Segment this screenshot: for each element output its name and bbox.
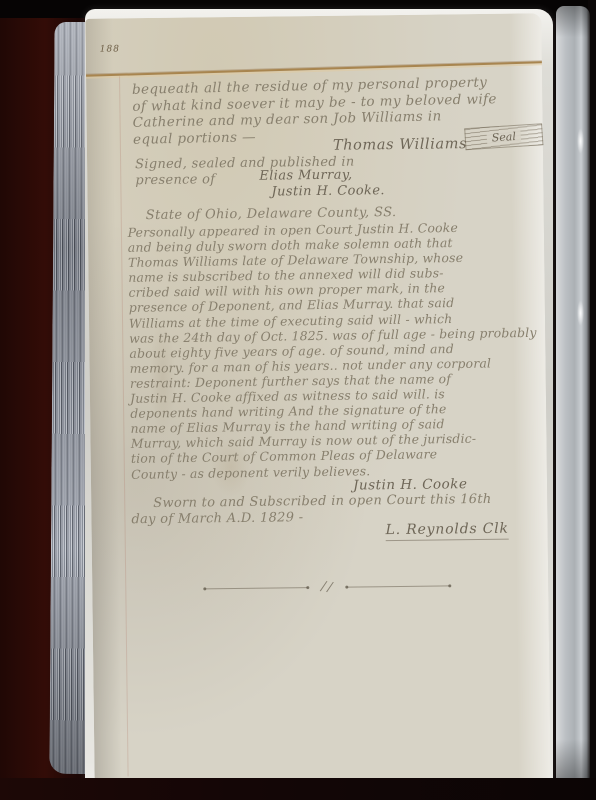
- divider-line-left: [204, 587, 308, 589]
- binder-spine: [556, 6, 590, 786]
- clerk-signature: L. Reynolds Clk: [386, 521, 509, 542]
- jurat-line-1: Sworn to and Subscribed in open Court th…: [153, 492, 491, 511]
- probate-heading: State of Ohio, Delaware County, SS.: [146, 205, 397, 223]
- margin-rule-line: [119, 76, 129, 776]
- section-divider: //: [204, 577, 450, 596]
- divider-line-right: [347, 585, 451, 587]
- binding-rod-glint: [577, 128, 584, 154]
- deponent-signature: Justin H. Cooke: [353, 476, 468, 493]
- seal-label: Seal: [486, 129, 521, 144]
- ledger-page: 188 bequeath all the residue of my perso…: [85, 13, 550, 785]
- probate-oath-text: Personally appeared in open Court Justin…: [128, 219, 539, 482]
- witness-signature-cooke: Justin H. Cooke.: [271, 183, 385, 199]
- page-number: 188: [100, 44, 120, 54]
- witness-signature-murray: Elias Murray,: [259, 168, 352, 184]
- seal-mark: Seal: [464, 123, 543, 150]
- binding-rod-glint: [577, 300, 584, 326]
- testator-signature: Thomas Williams: [333, 136, 467, 154]
- jurat-line-2: day of March A.D. 1829 -: [131, 510, 303, 527]
- photo-background-bottom: [0, 778, 596, 800]
- divider-slashes: //: [320, 579, 335, 596]
